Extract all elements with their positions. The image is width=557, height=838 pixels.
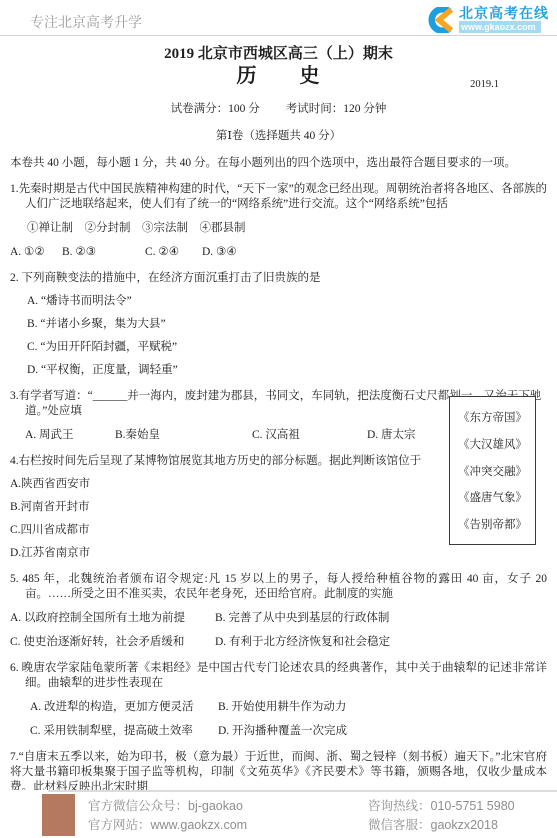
choice: B. “并诸小乡聚，集为大县” — [27, 317, 547, 332]
exam-instructions: 本卷共 40 小题，每小题 1 分，共 40 分。在每小题列出的四个选项中，选出… — [10, 156, 547, 171]
logo-text-block: 北京高考在线 www.gkaozx.com — [459, 6, 549, 33]
site-footer: 官方微信公众号：bj-gaokao 官方网站：www.gaokzx.com 咨询… — [0, 790, 557, 838]
choice: D. 有利于北方经济恢复和社会稳定 — [215, 635, 390, 650]
choice: C. 使吏治逐渐好转，社会矛盾缓和 — [10, 635, 215, 650]
score-info: 试卷满分：100 分 — [171, 103, 260, 115]
footer-hotline: 咨询热线：010-5751 5980 — [368, 797, 515, 816]
subject-name: 历 史 — [237, 65, 321, 87]
question-6-stem: 6. 晚唐农学家陆龟蒙所著《耒耜经》是中国古代专门论述农具的经典著作，其中关于曲… — [10, 661, 547, 691]
question-7-stem: 7.“自唐末五季以来，始为印书，极（意为最）于近世，而闽、浙、蜀之锓梓（刻书板）… — [10, 750, 547, 795]
choice: C. 汉高祖 — [252, 428, 367, 443]
choice: D. “平权衡，正度量，调轻重” — [27, 363, 547, 378]
footer-wechat-service: 微信客服：gaokzx2018 — [368, 816, 515, 835]
exam-date: 2019.1 — [470, 77, 499, 92]
footer-wechat: 官方微信公众号：bj-gaokao — [88, 797, 247, 816]
choice: A. “燔诗书而明法令” — [27, 294, 547, 309]
question-1-stem: 1.先秦时期是古代中国民族精神构建的时代，“天下一家”的观念已经出现。周朝统治者… — [10, 182, 547, 212]
exhibit-title: 《大汉雄风》 — [458, 436, 527, 452]
exhibit-title: 《告别帝都》 — [458, 516, 527, 532]
choice: D. 唐太宗 — [367, 428, 416, 443]
question-1-numbered-items: ①禅让制 ②分封制 ③宗法制 ④郡县制 — [27, 221, 547, 236]
exhibit-title: 《冲突交融》 — [458, 463, 527, 479]
question-6-choices-row-2: C. 采用铁制犁壁，提高破土效率 D. 开沟播种覆盖一次完成 — [30, 724, 547, 739]
gk-logo-icon — [422, 7, 456, 33]
choice: C. ②④ — [145, 245, 202, 260]
footer-contact-left: 官方微信公众号：bj-gaokao 官方网站：www.gaokzx.com — [88, 797, 247, 835]
logo-url: www.gkaozx.com — [459, 21, 541, 33]
choice: D. ③④ — [202, 245, 237, 260]
choice: A. 以政府控制全国所有土地为前提 — [10, 611, 215, 626]
site-tagline: 专注北京高考升学 — [30, 12, 142, 32]
question-2-stem: 2. 下列商鞅变法的措施中，在经济方面沉重打击了旧贵族的是 — [10, 271, 547, 286]
exhibit-title: 《盛唐气象》 — [458, 489, 527, 505]
choice: C. “为田开阡陌封疆，平赋税” — [27, 340, 547, 355]
choice: B. 开始使用耕牛作为动力 — [218, 700, 346, 715]
site-header: 专注北京高考升学 北京高考在线 www.gkaozx.com — [0, 0, 557, 36]
choice: B.秦始皇 — [115, 428, 252, 443]
choice: B. ②③ — [62, 245, 145, 260]
qr-code-icon — [42, 794, 75, 836]
footer-divider — [48, 790, 557, 792]
choice: A. 周武王 — [25, 428, 115, 443]
logo-name: 北京高考在线 — [459, 6, 549, 21]
question-1-choices: A. ①② B. ②③ C. ②④ D. ③④ — [10, 245, 547, 260]
question-5-stem: 5. 485 年，北魏统治者颁布诏令规定:凡 15 岁以上的男子，每人授给种植谷… — [10, 572, 547, 602]
choice: D. 开沟播种覆盖一次完成 — [218, 724, 347, 739]
exam-title: 2019 北京市西城区高三（上）期末 — [10, 47, 547, 62]
footer-website: 官方网站：www.gaokzx.com — [88, 816, 247, 835]
question-4-exhibit-box: 《东方帝国》 《大汉雄风》 《冲突交融》 《盛唐气象》 《告别帝都》 — [449, 396, 536, 545]
footer-contact-right: 咨询热线：010-5751 5980 微信客服：gaokzx2018 — [368, 797, 515, 835]
choice: A. ①② — [10, 245, 62, 260]
subject-row: 历 史 2019.1 — [10, 69, 547, 95]
time-info: 考试时间：120 分钟 — [286, 103, 387, 115]
choice: B. 完善了从中央到基层的行政体制 — [215, 611, 389, 626]
question-5-choices-row-2: C. 使吏治逐渐好转，社会矛盾缓和 D. 有利于北方经济恢复和社会稳定 — [10, 635, 547, 650]
exhibit-title: 《东方帝国》 — [458, 409, 527, 425]
exam-paper-page: 专注北京高考升学 北京高考在线 www.gkaozx.com 2019 北京市西… — [0, 0, 557, 838]
section-title: 第Ⅰ卷（选择题共 40 分） — [10, 129, 547, 144]
choice: D.江苏省南京市 — [10, 546, 547, 561]
choice: A. 改进犁的构造，更加方便灵活 — [30, 700, 218, 715]
choice: C. 采用铁制犁壁，提高破土效率 — [30, 724, 218, 739]
exam-meta: 试卷满分：100 分考试时间：120 分钟 — [10, 102, 547, 117]
question-6-choices-row-1: A. 改进犁的构造，更加方便灵活 B. 开始使用耕牛作为动力 — [30, 700, 547, 715]
site-logo: 北京高考在线 www.gkaozx.com — [422, 6, 549, 33]
question-5-choices-row-1: A. 以政府控制全国所有土地为前提 B. 完善了从中央到基层的行政体制 — [10, 611, 547, 626]
